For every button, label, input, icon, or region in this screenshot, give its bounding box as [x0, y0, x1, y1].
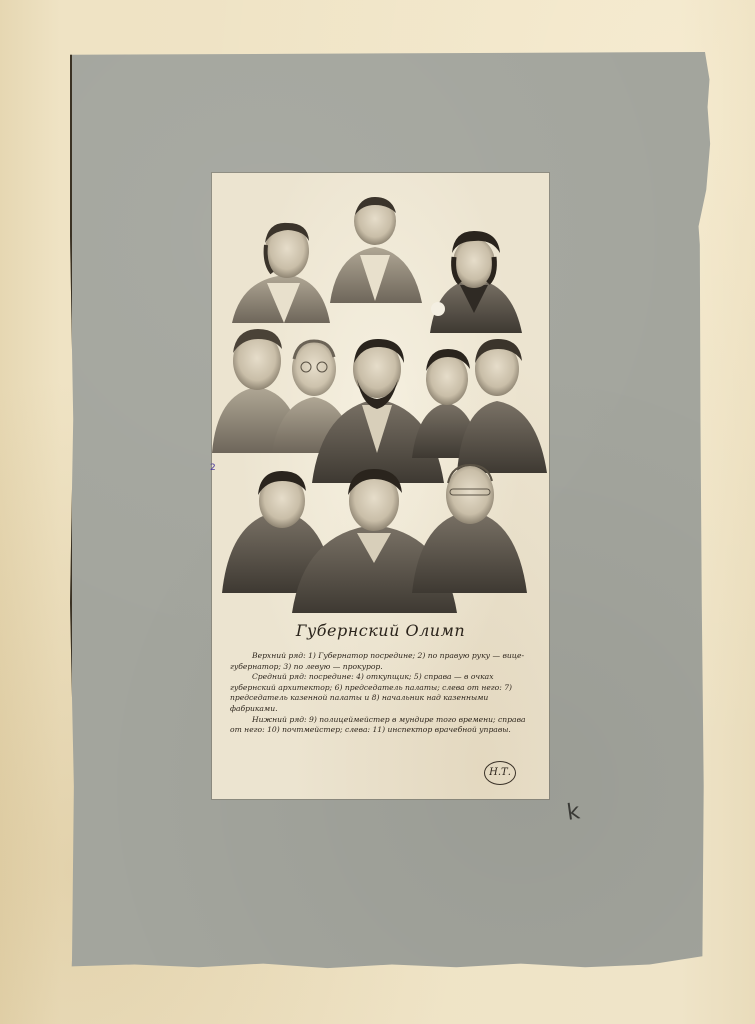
caption-top-row: Верхний ряд: 1) Губернатор посредине; 2)… — [230, 651, 535, 672]
group-caricature-illustration — [212, 183, 549, 613]
artist-monogram: Н.Т. — [484, 761, 516, 785]
lithograph-print: 2 — [212, 173, 549, 799]
album-page: k 2 — [0, 0, 755, 1024]
print-caption: Верхний ряд: 1) Губернатор посредине; 2)… — [230, 651, 535, 736]
caption-bottom-row: Нижний ряд: 9) полицеймейстер в мундире … — [230, 715, 535, 736]
portrait-factory-director — [457, 339, 547, 473]
portrait-medical-inspector — [412, 465, 527, 593]
portrait-prosecutor — [430, 231, 522, 333]
portrait-vice-governor — [232, 223, 330, 323]
caption-middle-row: Средний ряд: посредине: 4) откупщик; 5) … — [230, 672, 535, 714]
portrait-governor — [330, 197, 422, 303]
print-title: Губернский Олимп — [212, 621, 549, 640]
